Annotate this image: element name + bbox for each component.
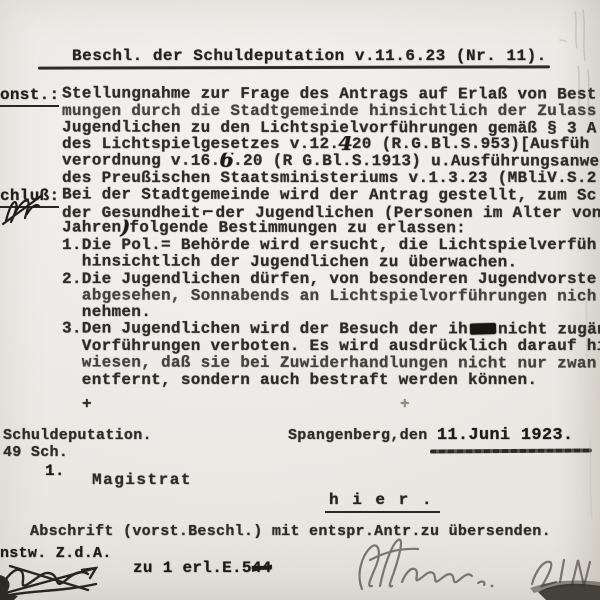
body-text-segment: Jugendlichen zu den Lichtspielvorführung… xyxy=(62,119,597,137)
distribution-number: 1. xyxy=(45,462,65,480)
corner-smudge-right xyxy=(530,580,600,600)
body-text-segment: der Jugendlichen (Personen im Alter von xyxy=(216,204,600,221)
document-date: 11.Juni 1923. xyxy=(437,426,574,445)
crossed-signature xyxy=(0,566,96,597)
corner-mark-left xyxy=(0,575,18,600)
place-date-prefix: Spangenberg,den xyxy=(288,427,437,444)
page-title: Beschl. der Schuldeputation v.11.6.23 (N… xyxy=(72,47,547,65)
body-line: hinsichtlich der Jugendlichen zu überwac… xyxy=(62,253,600,271)
body-line: Jahren)folgende Bestimmungen zu erlassen… xyxy=(62,220,600,238)
title-underline xyxy=(38,65,550,69)
place-date-line: Spangenberg,den 11.Juni 1923. xyxy=(288,426,573,445)
copy-instruction: Abschrift (vorst.Beschl.) mit entspr.Ant… xyxy=(30,523,551,540)
body-line: 3.Den Jugendlichen wird der Besuch der i… xyxy=(62,321,600,339)
body-line: abgesehen, Sonnabends an Lichtspielvorfü… xyxy=(62,287,600,305)
body-line: Bei der Stadtgemeinde wird der Antrag ge… xyxy=(62,186,600,204)
recipient-magistrat: Magistrat xyxy=(92,471,192,489)
file-reference: 49 Sch. xyxy=(3,444,68,461)
body-text-segment: mungen durch die Stadtgemeinde hinsichtl… xyxy=(62,103,597,120)
body-text-segment: hinsichtlich der Jugendlichen zu überwac… xyxy=(62,253,518,271)
subject-label: onst.: xyxy=(0,86,59,107)
filing-note-zda: nstw. Z.d.A. xyxy=(0,545,112,562)
ink-blot xyxy=(470,323,496,335)
body-text-segment: verordnung v.16. xyxy=(62,153,220,170)
body-text-segment: .20 (R G.Bl.S.1913) u.Ausführungsanwe xyxy=(233,153,599,171)
body-text-segment: nehmen. xyxy=(62,304,151,321)
body-line: Vorführungen verboten. Es wird ausdrückl… xyxy=(62,338,600,355)
body-line: des Preußischen Staatsministeriums v.1.3… xyxy=(62,170,600,187)
handwritten-correction: ) xyxy=(120,220,130,238)
body-text-segment: des Lichtspielgesetzes v.12. xyxy=(62,136,339,153)
scanned-document-page: Beschl. der Schuldeputation v.11.6.23 (N… xyxy=(0,0,600,600)
plus-separator-right: + xyxy=(400,395,410,413)
handwritten-correction: 4 xyxy=(338,136,353,153)
body-text-segment: 2.Die Jugendlichen dürfen, von besondere… xyxy=(62,271,597,288)
body-line: des Lichtspielgesetzes v.12.420 (R.G.Bl.… xyxy=(62,136,600,153)
body-text-segment: 1.Die Pol.= Behörde wird ersucht, die Li… xyxy=(62,237,597,254)
date-underline xyxy=(430,448,592,453)
struck-number: 44 xyxy=(252,559,272,577)
body-line: entfernt, sondern auch bestraft werden k… xyxy=(62,372,600,389)
body-line: Stellungnahme zur Frage des Antrags auf … xyxy=(62,85,600,103)
handwritten-correction: 6 xyxy=(219,153,234,171)
body-text-segment: entfernt, sondern auch bestraft werden k… xyxy=(62,372,537,389)
sender-org: Schuldeputation. xyxy=(3,427,152,444)
resolution-label: chluß: xyxy=(0,187,59,208)
plus-separator-left: + xyxy=(82,395,92,413)
completion-note: zu 1 erl.E.544 xyxy=(133,559,272,577)
body-text-segment: folgende Bestimmungen zu erlassen: xyxy=(129,220,466,238)
body-text-segment: der Gesundheit xyxy=(62,204,201,221)
body-line: der Gesundheit⌐der Jugendlichen (Persone… xyxy=(62,204,600,221)
body-line: wiesen, daß sie bei Zuwiderhandlungen ni… xyxy=(62,354,600,372)
body-text-segment: Vorführungen verboten. Es wird ausdrückl… xyxy=(62,338,600,355)
handwritten-correction: ⌐ xyxy=(202,204,215,221)
handwritten-date-fragment xyxy=(532,560,590,586)
signature-thiel xyxy=(360,540,494,589)
delivery-note-hier: h i e r . xyxy=(325,491,440,513)
body-text-segment: des Preußischen Staatsministeriums v.1.3… xyxy=(62,170,597,187)
body-line: verordnung v.16.6.20 (R G.Bl.S.1913) u.A… xyxy=(62,153,600,171)
body-text-segment: 3.Den Jugendlichen wird der Besuch der i… xyxy=(62,321,468,339)
body-text-segment: Bei der Stadtgemeinde wird der Antrag ge… xyxy=(62,186,597,204)
body-text-segment: Stellungnahme zur Frage des Antrags auf … xyxy=(62,85,597,103)
body-text-segment: abgesehen, Sonnabends an Lichtspielvorfü… xyxy=(62,287,597,305)
body-text-segment: 20 (R.G.Bl.S.953)[Ausfüh xyxy=(352,136,590,153)
body-line: 1.Die Pol.= Behörde wird ersucht, die Li… xyxy=(62,237,600,254)
body-text-segment: wiesen, daß sie bei Zuwiderhandlungen ni… xyxy=(62,354,597,372)
body-line: 2.Die Jugendlichen dürfen, von besondere… xyxy=(62,271,600,288)
body-line: mungen durch die Stadtgemeinde hinsichtl… xyxy=(62,103,600,120)
body-text-segment: Jahren xyxy=(62,220,121,237)
body-text-segment: nicht zugän xyxy=(498,321,600,339)
body-line: Jugendlichen zu den Lichtspielvorführung… xyxy=(62,119,600,137)
body-paragraph: Stellungnahme zur Frage des Antrags auf … xyxy=(62,86,600,388)
body-line: nehmen. xyxy=(62,304,600,321)
